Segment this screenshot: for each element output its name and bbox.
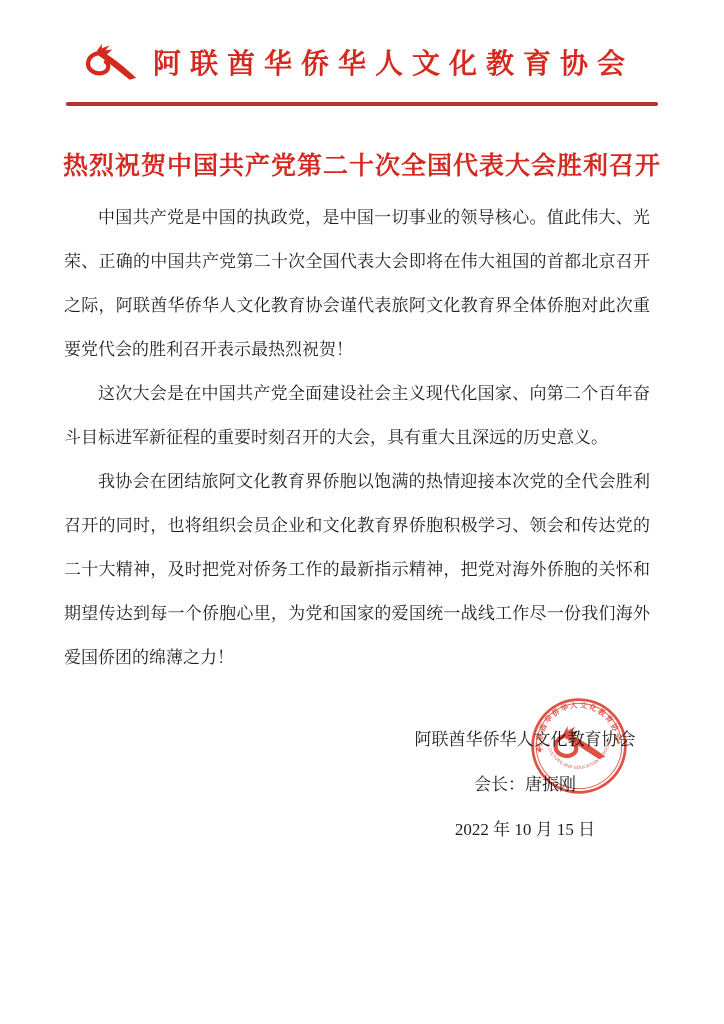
letterhead-divider [66, 102, 658, 106]
signature-president: 会长：唐振刚 [360, 762, 690, 807]
letter-body: 中国共产党是中国的执政党，是中国一切事业的领导核心。值此伟大、光荣、正确的中国共… [64, 196, 650, 680]
letter-title: 热烈祝贺中国共产党第二十次全国代表大会胜利召开 [0, 146, 724, 182]
body-paragraph: 这次大会是在中国共产党全面建设社会主义现代化国家、向第二个百年奋斗目标进军新征程… [64, 372, 650, 460]
association-dragon-logo-icon [83, 40, 139, 84]
signature-block: 阿联酋华侨华人文化教育协会 会长：唐振刚 2022 年 10 月 15 日 [360, 717, 690, 852]
letter-page: 阿联酋华侨华人文化教育协会 热烈祝贺中国共产党第二十次全国代表大会胜利召开 中国… [0, 0, 724, 1024]
body-paragraph: 中国共产党是中国的执政党，是中国一切事业的领导核心。值此伟大、光荣、正确的中国共… [64, 196, 650, 372]
signature-date: 2022 年 10 月 15 日 [360, 807, 690, 852]
signature-org-name: 阿联酋华侨华人文化教育协会 [360, 717, 690, 762]
body-paragraph: 我协会在团结旅阿文化教育界侨胞以饱满的热情迎接本次党的全代会胜利召开的同时，也将… [64, 460, 650, 680]
letterhead-org-name: 阿联酋华侨华人文化教育协会 [153, 42, 634, 82]
letterhead: 阿联酋华侨华人文化教育协会 [83, 30, 634, 94]
